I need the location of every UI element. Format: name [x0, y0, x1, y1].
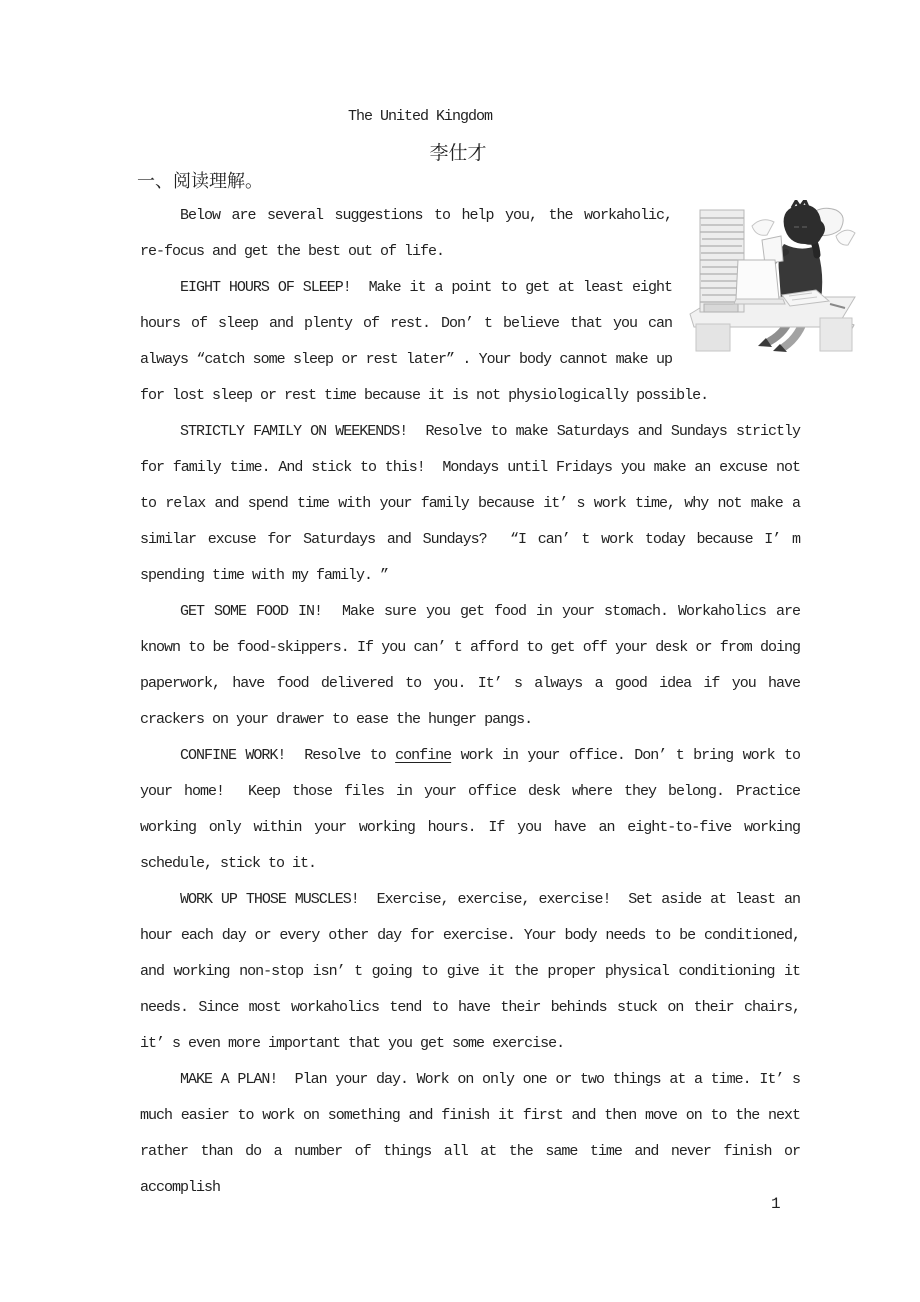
busy-woman-at-desk-illustration	[688, 200, 858, 352]
section-heading: 一、阅读理解。	[137, 171, 920, 195]
document-page: The United Kingdom 李仕才 一、阅读理解。	[0, 0, 920, 1302]
article-body: Below are several suggestions to help yo…	[140, 198, 800, 1206]
document-title: The United Kingdom	[0, 0, 880, 127]
laptop-icon	[734, 260, 785, 304]
confine-work-post: work in your office. Don’ t bring work t…	[140, 747, 800, 872]
busy-woman-at-desk-icon	[688, 200, 858, 352]
paragraph-confine-work: CONFINE WORK! Resolve to confine work in…	[140, 738, 800, 882]
paragraph-make-a-plan: MAKE A PLAN! Plan your day. Work on only…	[140, 1062, 800, 1206]
paragraph-work-up-those-muscles: WORK UP THOSE MUSCLES! Exercise, exercis…	[140, 882, 800, 1062]
confine-underlined-word: confine	[395, 747, 451, 764]
confine-work-pre: CONFINE WORK! Resolve to	[180, 747, 395, 764]
page-number: 1	[771, 1194, 781, 1214]
paragraph-get-some-food-in: GET SOME FOOD IN! Make sure you get food…	[140, 594, 800, 738]
paragraph-strictly-family-on-weekends: STRICTLY FAMILY ON WEEKENDS! Resolve to …	[140, 414, 800, 594]
author-name: 李仕才	[0, 142, 918, 166]
